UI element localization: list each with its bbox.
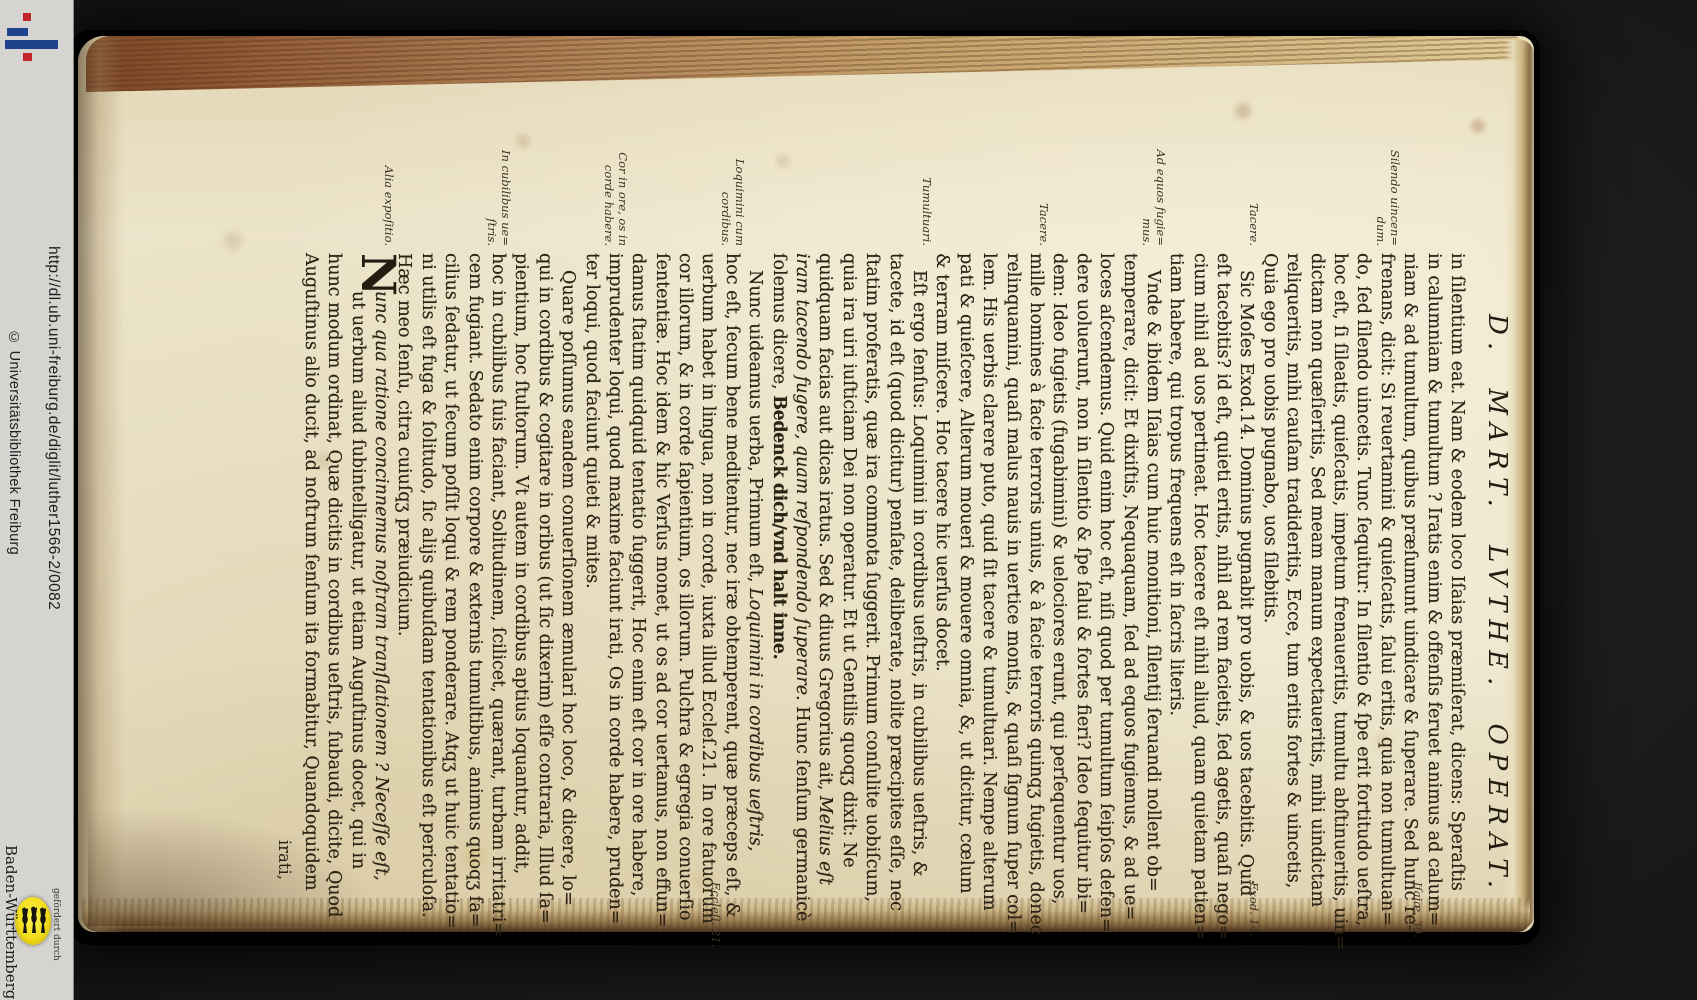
text-line: uerbum habet in lingua, non in corde, iu… bbox=[696, 253, 719, 881]
registration-mark-red2-icon bbox=[23, 53, 32, 61]
text-line: tiam habere, qui tropus frequens eſt in … bbox=[1164, 253, 1187, 881]
text-line: ſolemus dicere, Bedenck dich/vnd halt in… bbox=[766, 253, 789, 881]
text-line: quia ira uiri iuſticiam Dei non operatur… bbox=[836, 253, 859, 881]
book-page: D. MART. LVTHE. OPERAT. in ſilentium eat… bbox=[95, 40, 1530, 920]
text-line: hoc in cubilibus ſuis faciant, Solitudin… bbox=[486, 253, 509, 881]
margin-note: Alia expoſitio. bbox=[381, 128, 395, 246]
text-line: pati & quieſcere, Alterum moueri & mouer… bbox=[953, 253, 976, 881]
text-line: tacete, id eſt (quod dicitur) penſate, d… bbox=[883, 253, 906, 881]
metadata-strip: http://dl.ub.uni-freiburg.de/diglit/luth… bbox=[0, 0, 74, 1000]
text-line: in ſilentium eat. Nam & eodem loco Iſaia… bbox=[1445, 253, 1468, 881]
margin-note: Eccleſi. 21. bbox=[709, 882, 723, 972]
text-line: ut uerbum aliud ſubintelligatur, ut etia… bbox=[345, 253, 368, 881]
text-line: pientium, hoc ſtultorum. Vt autem in cor… bbox=[509, 253, 532, 881]
running-title: D. MART. LVTHE. OPERAT. bbox=[1482, 310, 1512, 900]
margin-note: Tacere. bbox=[1036, 128, 1050, 246]
scan-viewer: { "viewer": { "url_text": "http://dl.ub.… bbox=[0, 0, 1697, 1000]
text-line: temperare, dicit: Et dixiſtis, Nequaquam… bbox=[1117, 253, 1140, 881]
text-line: hoc eſt, ſecum bene meditentur, nec iræ … bbox=[720, 253, 743, 881]
three-lions-icon bbox=[18, 905, 48, 937]
foxing-spots bbox=[78, 36, 88, 46]
funding-credit-label: gefördert durch bbox=[51, 888, 61, 961]
text-line: ſententiæ. Hoc idem & hic Verſus monet, … bbox=[649, 253, 672, 881]
text-line: & terram miſcere. Hoc tacere hic uerſus … bbox=[930, 253, 953, 881]
text-line: hoc eſt, ſi ſileatis, quieſcatis, impetu… bbox=[1328, 253, 1351, 881]
text-line: cem fugiant. Sedato enim corpore & exter… bbox=[462, 253, 485, 881]
drop-cap: N bbox=[354, 253, 400, 296]
color-registration-marks-icon bbox=[0, 0, 73, 80]
text-line: ni utilis eſt fuga & ſolitudo, ſic alijs… bbox=[415, 253, 438, 881]
catchword: irati, bbox=[275, 740, 294, 880]
text-line: loces aſcendemus. Quid enim hoc eſt, niſ… bbox=[1094, 253, 1117, 881]
text-line: hunc modum ordinat, Quæ dicitis in cordi… bbox=[322, 253, 345, 881]
registration-mark-blue-long-icon bbox=[5, 40, 58, 49]
margin-note: Tacere. bbox=[1247, 128, 1261, 246]
text-line: cium nihil ad uos pertineat. Hoc tacere … bbox=[1187, 253, 1210, 881]
text-line: mille homines à facie terroris unius, & … bbox=[1024, 253, 1047, 881]
text-line: Quare poſſumus eandem conuerſionem æmula… bbox=[556, 253, 579, 881]
text-line: cilius ſedatur, ut ſecum poſſit loqui & … bbox=[439, 253, 462, 881]
text-line: dem: Ideo fugietis (fugabimini) & ueloci… bbox=[1047, 253, 1070, 881]
text-line: frenans, dicit: Si reuertamini & quieſca… bbox=[1374, 253, 1397, 881]
margin-note: Loquimini cumcordibus. bbox=[719, 128, 746, 246]
registration-mark-blue-icon bbox=[7, 28, 28, 36]
text-line: relinquamini, quaſi malus nauis in uerti… bbox=[1000, 253, 1023, 881]
page-text-block: in ſilentium eat. Nam & eodem loco Iſaia… bbox=[298, 253, 1468, 881]
text-line: in calumniam & tumultum ? Iratis enim & … bbox=[1421, 253, 1444, 881]
margin-note: Cor in ore, os incorde habere. bbox=[602, 128, 629, 246]
text-line: Sic Moſes Exod.14. Dominus pugnabit pro … bbox=[1234, 253, 1257, 881]
text-line: Nunc uideamus uerba, Primum eſt, Loquimi… bbox=[743, 253, 766, 881]
text-line: Hæc meo ſenſu, citra cuiuſqʒ præiudicium… bbox=[392, 253, 415, 881]
text-line: dictam non quæſieritis, Sed meam manum e… bbox=[1304, 253, 1327, 881]
text-line: dere uoluerunt, non in ſilentio & ſpe ſa… bbox=[1070, 253, 1093, 881]
text-line: eſt tacebitis? id eſt, quieti eritis, ni… bbox=[1211, 253, 1234, 881]
text-line: reliqueritis, mihi cauſam tradideritis, … bbox=[1281, 253, 1304, 881]
text-line: imprudenter loqui, quod maxime faciunt i… bbox=[603, 253, 626, 881]
baden-wuerttemberg-coat-of-arms-icon bbox=[15, 897, 51, 945]
margin-note: In cubilibus ue=ſtris. bbox=[485, 128, 512, 246]
text-line: lem. His uerbis clarere puto, quid ſit t… bbox=[977, 253, 1000, 881]
text-line: cor illorum, & in corde ſapientium, os i… bbox=[673, 253, 696, 881]
text-line: Eſt ergo ſenſus: Loquimini in cordibus u… bbox=[907, 253, 930, 881]
margin-note: Tumultuari. bbox=[919, 128, 933, 246]
text-line: quidquam facias aut dicas iratus. Sed & … bbox=[813, 253, 836, 881]
text-line: Vnde & ibidem Iſaias cum huic monitioni,… bbox=[1141, 253, 1164, 881]
margin-note: Iſaiæ. 30. bbox=[1411, 882, 1425, 972]
source-url-label: http://dl.ub.uni-freiburg.de/diglit/luth… bbox=[44, 246, 62, 610]
text-line: qui in cordibus & cogitare in oribus (ut… bbox=[532, 253, 555, 881]
text-line: Auguſtinus alio ducit, ad noſtrum ſenſum… bbox=[298, 253, 321, 881]
text-line: do, ſed ſilendo uincetis. Tunc ſequitur:… bbox=[1351, 253, 1374, 881]
margin-note: Ad equos fugie=mus. bbox=[1140, 128, 1167, 246]
text-line: ter loqui, quod faciunt quieti & mites. bbox=[579, 253, 602, 881]
text-line: iram tacendo fugere, quam reſpondendo ſu… bbox=[790, 253, 813, 881]
margin-note: Exod. 14. bbox=[1247, 882, 1261, 972]
registration-mark-red-icon bbox=[23, 13, 31, 21]
text-line: unc qua ratione concinnemus noſtram tran… bbox=[369, 253, 392, 881]
copyright-label: © Universitätsbibliothek Freiburg bbox=[6, 330, 22, 555]
text-line: damus ſtatim quidquid tentatio ſuggerit,… bbox=[626, 253, 649, 881]
text-line: niam & ad tumultum, quibus præſumunt uin… bbox=[1398, 253, 1421, 881]
text-line: Quia ego pro uobis pugnabo, uos ſilebiti… bbox=[1257, 253, 1280, 881]
text-line: ſtatim proferatis, quæ ira commota ſugge… bbox=[860, 253, 883, 881]
funding-region-label: Baden-Württemberg bbox=[2, 845, 20, 999]
margin-note: Silendo uincen=dum. bbox=[1374, 128, 1401, 246]
